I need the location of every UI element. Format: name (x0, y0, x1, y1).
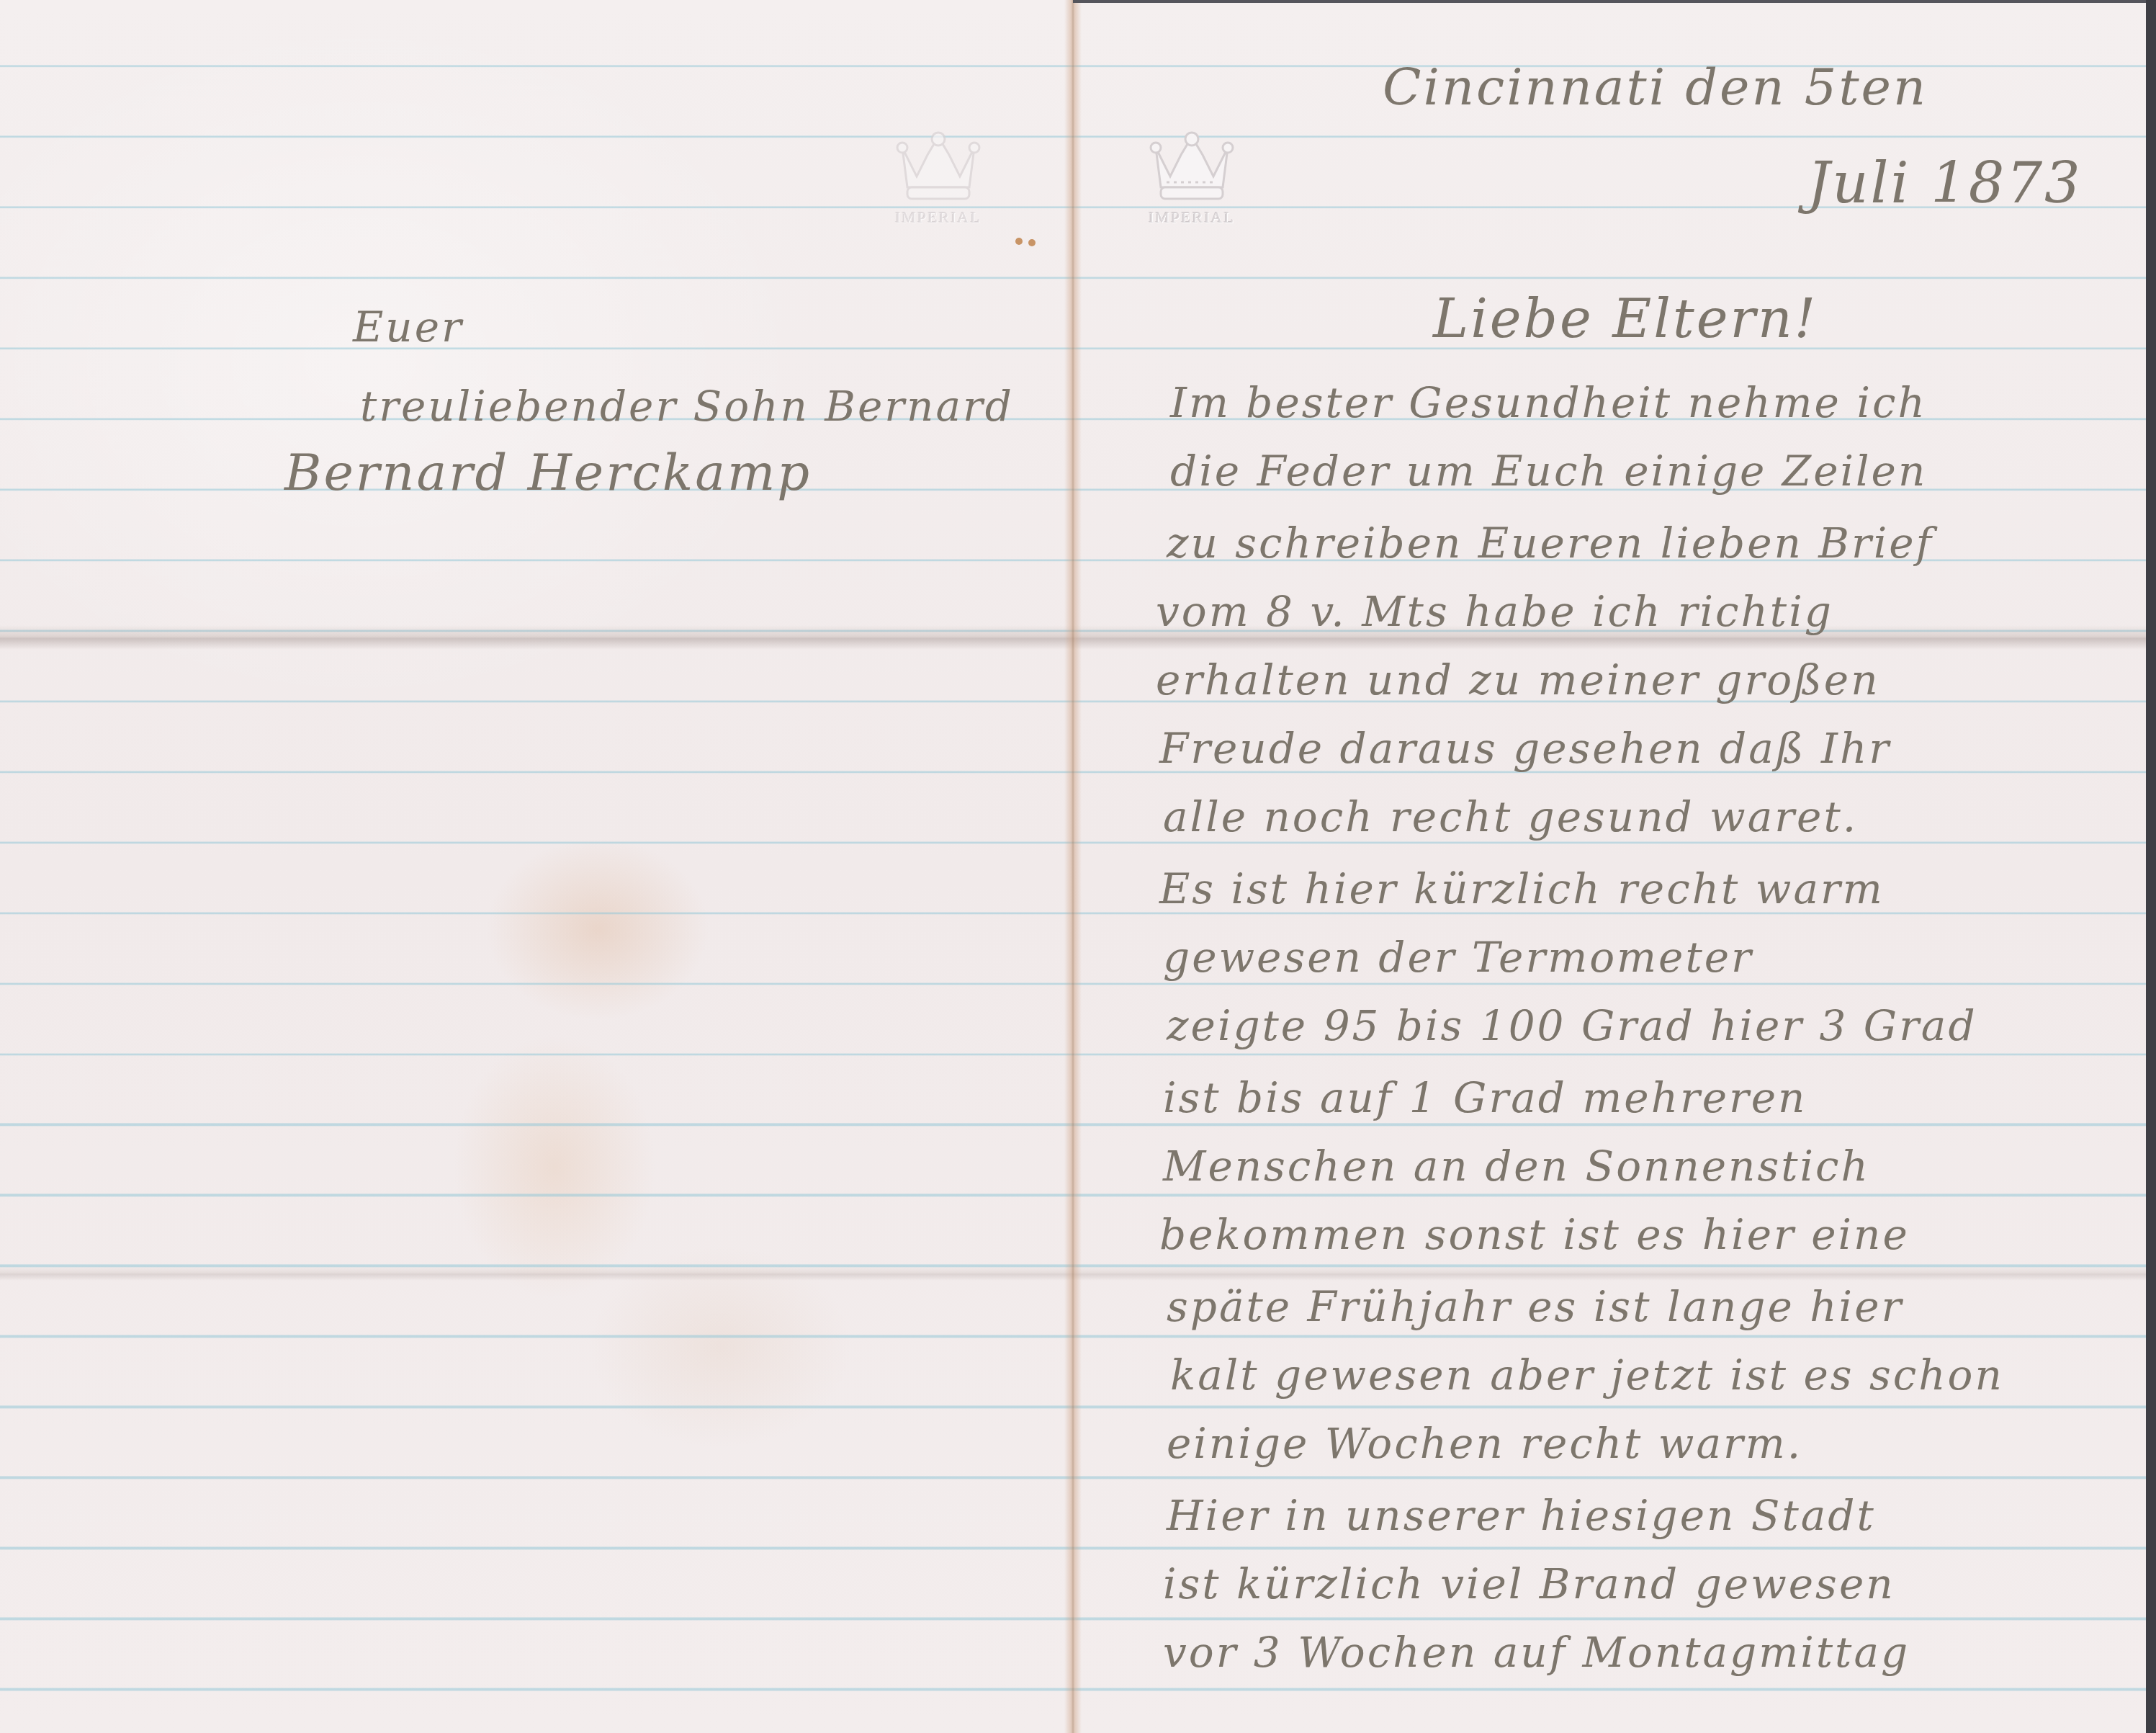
right-crown-emboss: IMPERIAL (1145, 126, 1239, 234)
scan-edge-top (1073, 0, 2156, 3)
letter-line: Freude daraus gesehen daß Ihr (1159, 724, 1891, 773)
letter-line: erhalten und zu meiner großen (1156, 655, 1879, 704)
letter-line: die Feder um Euch einige Zeilen (1170, 447, 1927, 496)
left-crown-emboss: IMPERIAL (891, 126, 985, 234)
letter-line: zu schreiben Eueren lieben Brief (1167, 519, 1933, 568)
letter-line: bekommen sonst ist es hier eine (1159, 1210, 1910, 1259)
scan-edge-right (2146, 0, 2156, 1733)
emboss-label: IMPERIAL (1145, 208, 1239, 227)
center-fold (1064, 0, 1082, 1733)
letter-line: Hier in unserer hiesigen Stadt (1167, 1491, 1876, 1540)
letter-line: ist bis auf 1 Grad mehreren (1163, 1073, 1807, 1122)
crown-emboss-icon (1145, 126, 1239, 205)
letter-line: alle noch recht gesund waret. (1163, 792, 1858, 841)
place-date-line-2: Juli 1873 (1807, 151, 2083, 216)
letter-line: Menschen an den Sonnenstich (1163, 1142, 1870, 1191)
crown-emboss-icon (891, 126, 985, 205)
letter-line: Im bester Gesundheit nehme ich (1170, 378, 1927, 427)
letter-line: einige Wochen recht warm. (1167, 1419, 1802, 1468)
letter-line: späte Frühjahr es ist lange hier (1167, 1282, 1903, 1331)
ink-spots (1014, 216, 1043, 252)
salutation: Liebe Eltern! (1433, 288, 1818, 350)
emboss-label: IMPERIAL (891, 208, 985, 227)
letter-line: kalt gewesen aber jetzt ist es schon (1170, 1351, 2004, 1400)
letter-line: gewesen der Termometer (1163, 933, 1753, 982)
closing-line-1: Euer (353, 303, 464, 351)
place-date-line-1: Cincinnati den 5ten (1383, 58, 1928, 117)
signature: Bernard Herckamp (284, 443, 812, 502)
closing-line-2: treuliebender Sohn Bernard (360, 382, 1014, 431)
letter-line: vor 3 Wochen auf Montagmittag (1163, 1628, 1910, 1677)
letter-line: vom 8 v. Mts habe ich richtig (1156, 587, 1833, 636)
letter-line: zeigte 95 bis 100 Grad hier 3 Grad (1167, 1001, 1977, 1050)
letter-line: ist kürzlich viel Brand gewesen (1163, 1559, 1895, 1608)
letter-line: Es ist hier kürzlich recht warm (1159, 864, 1885, 913)
